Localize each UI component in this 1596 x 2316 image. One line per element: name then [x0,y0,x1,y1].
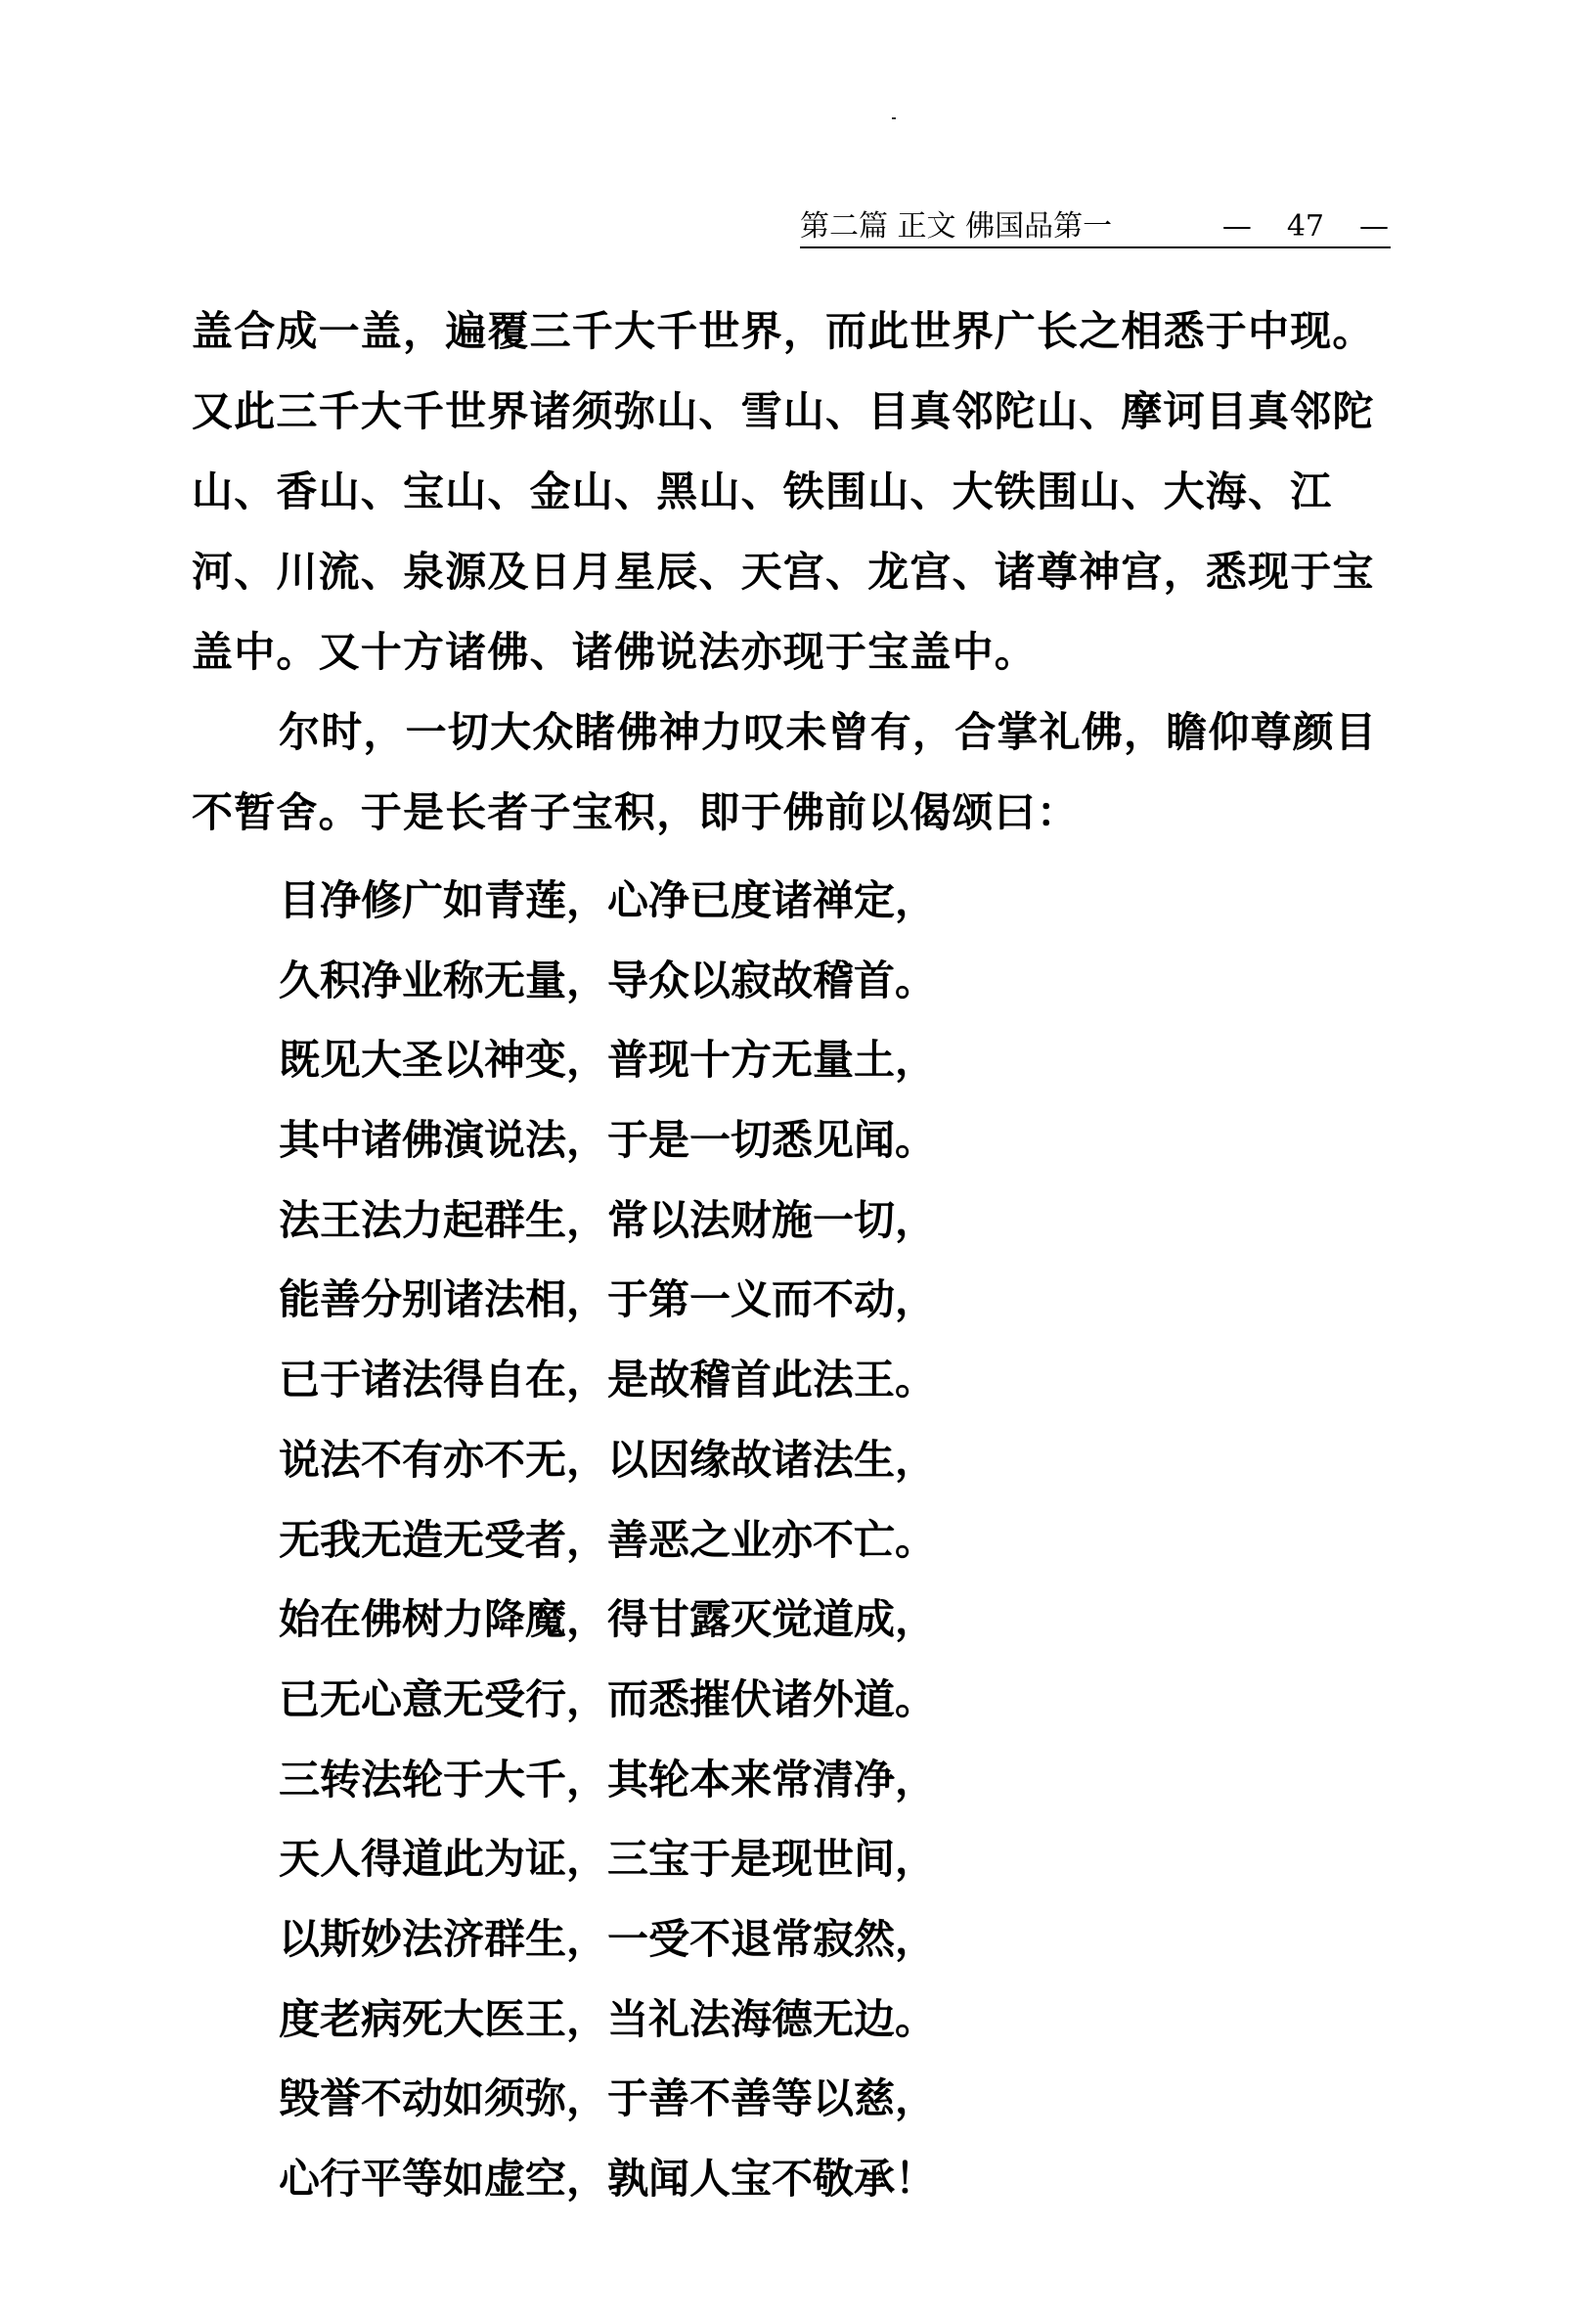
verse-line: 始在佛树力降魔，得甘露灭觉道成， [279,1580,936,1660]
verse-line: 已无心意无受行，而悉摧伏诸外道。 [279,1660,936,1740]
verse-line: 说法不有亦不无，以因缘故诸法生， [279,1420,936,1500]
paragraph-1-line: 盖合成一盖，遍覆三千大千世界，而此世界广长之相悉于中现。 [192,291,1395,372]
running-head-title: 第二篇 正文 佛国品第一 [800,207,1112,246]
verse-line: 久积净业称无量，导众以寂故稽首。 [279,941,936,1021]
paragraph-2-line: 不暂舍。于是长者子宝积，即于佛前以偈颂曰： [192,773,1395,853]
verse-block: 目净修广如青莲，心净已度诸禅定， 久积净业称无量，导众以寂故稽首。 既见大圣以神… [279,861,936,2219]
verse-line: 无我无造无受者，善恶之业亦不亡。 [279,1500,936,1581]
paragraph-2-line: 尔时，一切大众睹佛神力叹未曾有，合掌礼佛，瞻仰尊颜目 [192,692,1395,773]
verse-line: 其中诸佛演说法，于是一切悉见闻。 [279,1100,936,1180]
verse-line: 既见大圣以神变，普现十方无量土， [279,1020,936,1100]
verse-line: 度老病死大医王，当礼法海德无边。 [279,1980,936,2060]
body-text: 盖合成一盖，遍覆三千大千世界，而此世界广长之相悉于中现。 又此三千大千世界诸须弥… [192,291,1395,853]
verse-line: 法王法力起群生，常以法财施一切， [279,1180,936,1261]
verse-line: 目净修广如青莲，心净已度诸禅定， [279,861,936,941]
folio-dash-right: — [1359,207,1389,246]
paragraph-1-line: 山、香山、宝山、金山、黑山、铁围山、大铁围山、大海、江 [192,452,1395,532]
running-head: 第二篇 正文 佛国品第一 — 47 — [800,207,1391,248]
page-number: 47 [1287,207,1324,246]
verse-line: 毁誉不动如须弥，于善不善等以慈， [279,2059,936,2139]
folio-dash-left: — [1222,207,1252,246]
verse-line: 天人得道此为证，三宝于是现世间， [279,1819,936,1899]
paragraph-1-line: 盖中。又十方诸佛、诸佛说法亦现于宝盖中。 [192,612,1395,692]
paragraph-1-line: 河、川流、泉源及日月星辰、天宫、龙宫、诸尊神宫，悉现于宝 [192,532,1395,612]
paragraph-1-line: 又此三千大千世界诸须弥山、雪山、目真邻陀山、摩诃目真邻陀 [192,372,1395,452]
verse-line: 以斯妙法济群生，一受不退常寂然， [279,1899,936,1980]
verse-line: 能善分别诸法相，于第一义而不动， [279,1260,936,1340]
verse-line: 三转法轮于大千，其轮本来常清净， [279,1740,936,1820]
verse-line: 已于诸法得自在，是故稽首此法王。 [279,1340,936,1420]
folio: — 47 — [1222,207,1391,246]
verse-line: 心行平等如虚空，孰闻人宝不敬承！ [279,2139,936,2219]
scan-speck [892,117,896,119]
